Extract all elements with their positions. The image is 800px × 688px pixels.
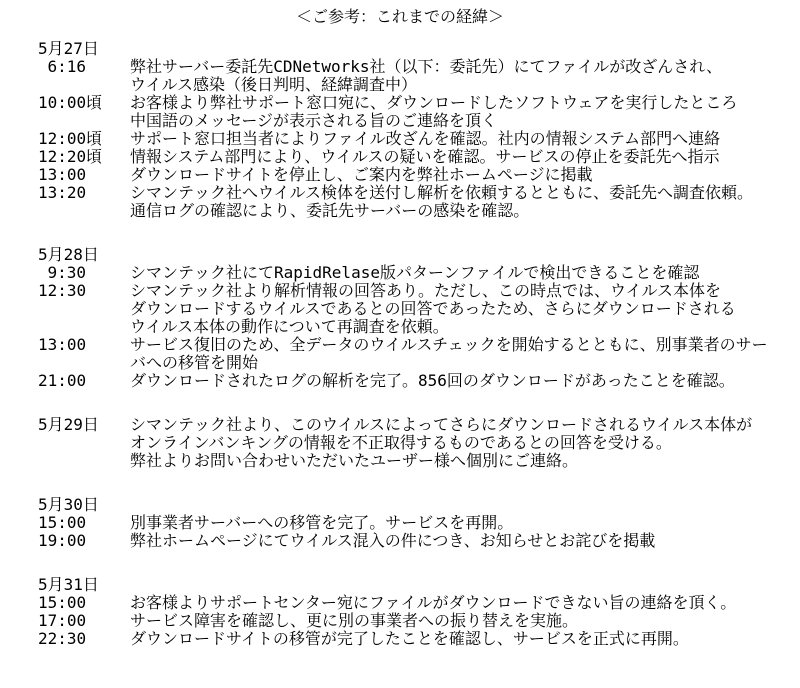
time-label: 13:20 <box>38 184 86 202</box>
left-spacer <box>38 434 130 452</box>
timeline-row: ウイルス本体の動作について再調査を依頼。 <box>38 318 800 336</box>
page-title: ＜ご参考：これまでの経緯＞ <box>0 0 800 26</box>
timeline-row: 5月29日シマンテック社より、このウイルスによってさらにダウンロードされるウイル… <box>38 416 800 434</box>
time-approx-label: 頃 <box>86 147 102 166</box>
entry-line: ダウンロードサイトの移管が完了したことを確認し、サービスを正式に再開。 <box>130 630 800 648</box>
entry-line: お客様よりサポートセンター宛にファイルがダウンロードできない旨の連絡を頂く。 <box>130 594 800 612</box>
date-cell: 5月27日 <box>38 40 130 58</box>
time-cell: 17:00 <box>38 612 130 630</box>
timeline-row: 9:30シマンテック社にてRapidRelase版パターンファイルで検出できるこ… <box>38 264 800 282</box>
time-label: 13:00 <box>38 336 86 354</box>
time-label: 15:00 <box>38 594 86 612</box>
entry-line: シマンテック社にてRapidRelase版パターンファイルで検出できることを確認 <box>130 264 800 282</box>
entry-line <box>130 496 800 514</box>
date-label: 5月28日 <box>38 245 99 264</box>
entry-line: バへの移管を開始 <box>130 354 800 372</box>
timeline-row: 12:20頃情報システム部門により、ウイルスの疑いを確認。サービスの停止を委託先… <box>38 148 800 166</box>
time-cell: 10:00頃 <box>38 94 130 112</box>
left-spacer <box>38 354 130 372</box>
date-cell: 5月29日 <box>38 416 130 434</box>
time-label: 17:00 <box>38 612 86 630</box>
time-cell: 13:20 <box>38 184 130 202</box>
timeline-group: 5月30日15:00別事業者サーバーへの移管を完了。サービスを再開。19:00弊… <box>38 496 800 550</box>
timeline-row: 6:16弊社サーバー委託先CDNetworks社（以下：委託先）にてファイルが改… <box>38 58 800 76</box>
time-cell: 15:00 <box>38 594 130 612</box>
time-label: 21:00 <box>38 372 86 390</box>
timeline: 5月27日6:16弊社サーバー委託先CDNetworks社（以下：委託先）にてフ… <box>38 40 800 648</box>
entry-line: 弊社サーバー委託先CDNetworks社（以下：委託先）にてファイルが改ざんされ… <box>130 58 800 76</box>
entry-line: 中国語のメッセージが表示される旨のご連絡を頂く <box>130 112 800 130</box>
time-cell: 19:00 <box>38 532 130 550</box>
timeline-row: 12:00頃サポート窓口担当者によりファイル改ざんを確認。社内の情報システム部門… <box>38 130 800 148</box>
timeline-group: 5月27日6:16弊社サーバー委託先CDNetworks社（以下：委託先）にてフ… <box>38 40 800 220</box>
time-label: 22:30 <box>38 630 86 648</box>
timeline-row: 19:00弊社ホームページにてウイルス混入の件につき、お知らせとお詫びを掲載 <box>38 532 800 550</box>
left-spacer <box>38 202 130 220</box>
timeline-row: 22:30ダウンロードサイトの移管が完了したことを確認し、サービスを正式に再開。 <box>38 630 800 648</box>
entry-line <box>130 246 800 264</box>
left-spacer <box>38 318 130 336</box>
timeline-row: ダウンロードするウイルスであるとの回答であったため、さらにダウンロードされる <box>38 300 800 318</box>
time-cell: 21:00 <box>38 372 130 390</box>
time-cell: 13:00 <box>38 166 130 184</box>
entry-line: ウイルス本体の動作について再調査を依頼。 <box>130 318 800 336</box>
timeline-row: 5月31日 <box>38 576 800 594</box>
time-label: 13:00 <box>38 166 86 184</box>
time-cell: 12:20頃 <box>38 148 130 166</box>
entry-line: 通信ログの確認により、委託先サーバーの感染を確認。 <box>130 202 800 220</box>
time-label: 12:20 <box>38 148 86 166</box>
time-cell: 12:30 <box>38 282 130 300</box>
timeline-row: 17:00サービス障害を確認し、更に別の事業者への振り替えを実施。 <box>38 612 800 630</box>
date-label: 5月31日 <box>38 575 99 594</box>
entry-line: シマンテック社より解析情報の回答あり。ただし、この時点では、ウイルス本体を <box>130 282 800 300</box>
entry-line: サービス復旧のため、全データのウイルスチェックを開始するとともに、別事業者のサー <box>130 336 800 354</box>
entry-line: 情報システム部門により、ウイルスの疑いを確認。サービスの停止を委託先へ指示 <box>130 148 800 166</box>
timeline-row: 5月27日 <box>38 40 800 58</box>
time-cell: 13:00 <box>38 336 130 354</box>
time-label: 15:00 <box>38 514 86 532</box>
entry-line <box>130 576 800 594</box>
entry-line: 別事業者サーバーへの移管を完了。サービスを再開。 <box>130 514 800 532</box>
entry-line: 弊社よりお問い合わせいただいたユーザー様へ個別にご連絡。 <box>130 452 800 470</box>
time-cell: 6:16 <box>38 58 130 76</box>
time-cell: 12:00頃 <box>38 130 130 148</box>
timeline-row: 5月30日 <box>38 496 800 514</box>
timeline-row: バへの移管を開始 <box>38 354 800 372</box>
entry-line: ダウンロードするウイルスであるとの回答であったため、さらにダウンロードされる <box>130 300 800 318</box>
timeline-row: 通信ログの確認により、委託先サーバーの感染を確認。 <box>38 202 800 220</box>
timeline-row: ウイルス感染（後日判明、経緯調査中） <box>38 76 800 94</box>
timeline-row: 15:00別事業者サーバーへの移管を完了。サービスを再開。 <box>38 514 800 532</box>
left-spacer <box>38 76 130 94</box>
timeline-row: 15:00お客様よりサポートセンター宛にファイルがダウンロードできない旨の連絡を… <box>38 594 800 612</box>
entry-line <box>130 40 800 58</box>
timeline-group: 5月29日シマンテック社より、このウイルスによってさらにダウンロードされるウイル… <box>38 416 800 470</box>
timeline-group: 5月31日15:00お客様よりサポートセンター宛にファイルがダウンロードできない… <box>38 576 800 648</box>
time-label: 9:30 <box>38 264 86 282</box>
time-label: 12:30 <box>38 282 86 300</box>
entry-line: お客様より弊社サポート窓口宛に、ダウンロードしたソフトウェアを実行したところ <box>130 94 800 112</box>
date-label: 5月30日 <box>38 495 99 514</box>
time-cell: 22:30 <box>38 630 130 648</box>
left-spacer <box>38 452 130 470</box>
date-label: 5月29日 <box>38 415 99 434</box>
left-spacer <box>38 300 130 318</box>
entry-line: シマンテック社へウイルス検体を送付し解析を依頼するとともに、委託先へ調査依頼。 <box>130 184 800 202</box>
time-approx-label: 頃 <box>86 93 102 112</box>
time-label: 19:00 <box>38 532 86 550</box>
time-label: 6:16 <box>38 58 86 76</box>
date-cell: 5月30日 <box>38 496 130 514</box>
timeline-row: 中国語のメッセージが表示される旨のご連絡を頂く <box>38 112 800 130</box>
timeline-row: 5月28日 <box>38 246 800 264</box>
time-label: 12:00 <box>38 130 86 148</box>
date-cell: 5月28日 <box>38 246 130 264</box>
entry-line: オンラインバンキングの情報を不正取得するものであるとの回答を受ける。 <box>130 434 800 452</box>
time-cell: 9:30 <box>38 264 130 282</box>
entry-line: ダウンロードされたログの解析を完了。856回のダウンロードがあったことを確認。 <box>130 372 800 390</box>
entry-line: ウイルス感染（後日判明、経緯調査中） <box>130 76 800 94</box>
time-cell: 15:00 <box>38 514 130 532</box>
date-cell: 5月31日 <box>38 576 130 594</box>
timeline-row: 12:30シマンテック社より解析情報の回答あり。ただし、この時点では、ウイルス本… <box>38 282 800 300</box>
left-spacer <box>38 112 130 130</box>
timeline-row: 21:00ダウンロードされたログの解析を完了。856回のダウンロードがあったこと… <box>38 372 800 390</box>
timeline-row: 10:00頃お客様より弊社サポート窓口宛に、ダウンロードしたソフトウェアを実行し… <box>38 94 800 112</box>
entry-line: ダウンロードサイトを停止し、ご案内を弊社ホームページに掲載 <box>130 166 800 184</box>
entry-line: シマンテック社より、このウイルスによってさらにダウンロードされるウイルス本体が <box>130 416 800 434</box>
timeline-row: オンラインバンキングの情報を不正取得するものであるとの回答を受ける。 <box>38 434 800 452</box>
entry-line: サポート窓口担当者によりファイル改ざんを確認。社内の情報システム部門へ連絡 <box>130 130 800 148</box>
timeline-row: 13:20シマンテック社へウイルス検体を送付し解析を依頼するとともに、委託先へ調… <box>38 184 800 202</box>
timeline-row: 弊社よりお問い合わせいただいたユーザー様へ個別にご連絡。 <box>38 452 800 470</box>
entry-line: 弊社ホームページにてウイルス混入の件につき、お知らせとお詫びを掲載 <box>130 532 800 550</box>
time-label: 10:00 <box>38 94 86 112</box>
timeline-row: 13:00サービス復旧のため、全データのウイルスチェックを開始するとともに、別事… <box>38 336 800 354</box>
date-label: 5月27日 <box>38 39 99 58</box>
timeline-row: 13:00ダウンロードサイトを停止し、ご案内を弊社ホームページに掲載 <box>38 166 800 184</box>
entry-line: サービス障害を確認し、更に別の事業者への振り替えを実施。 <box>130 612 800 630</box>
time-approx-label: 頃 <box>86 129 102 148</box>
timeline-group: 5月28日9:30シマンテック社にてRapidRelase版パターンファイルで検… <box>38 246 800 390</box>
